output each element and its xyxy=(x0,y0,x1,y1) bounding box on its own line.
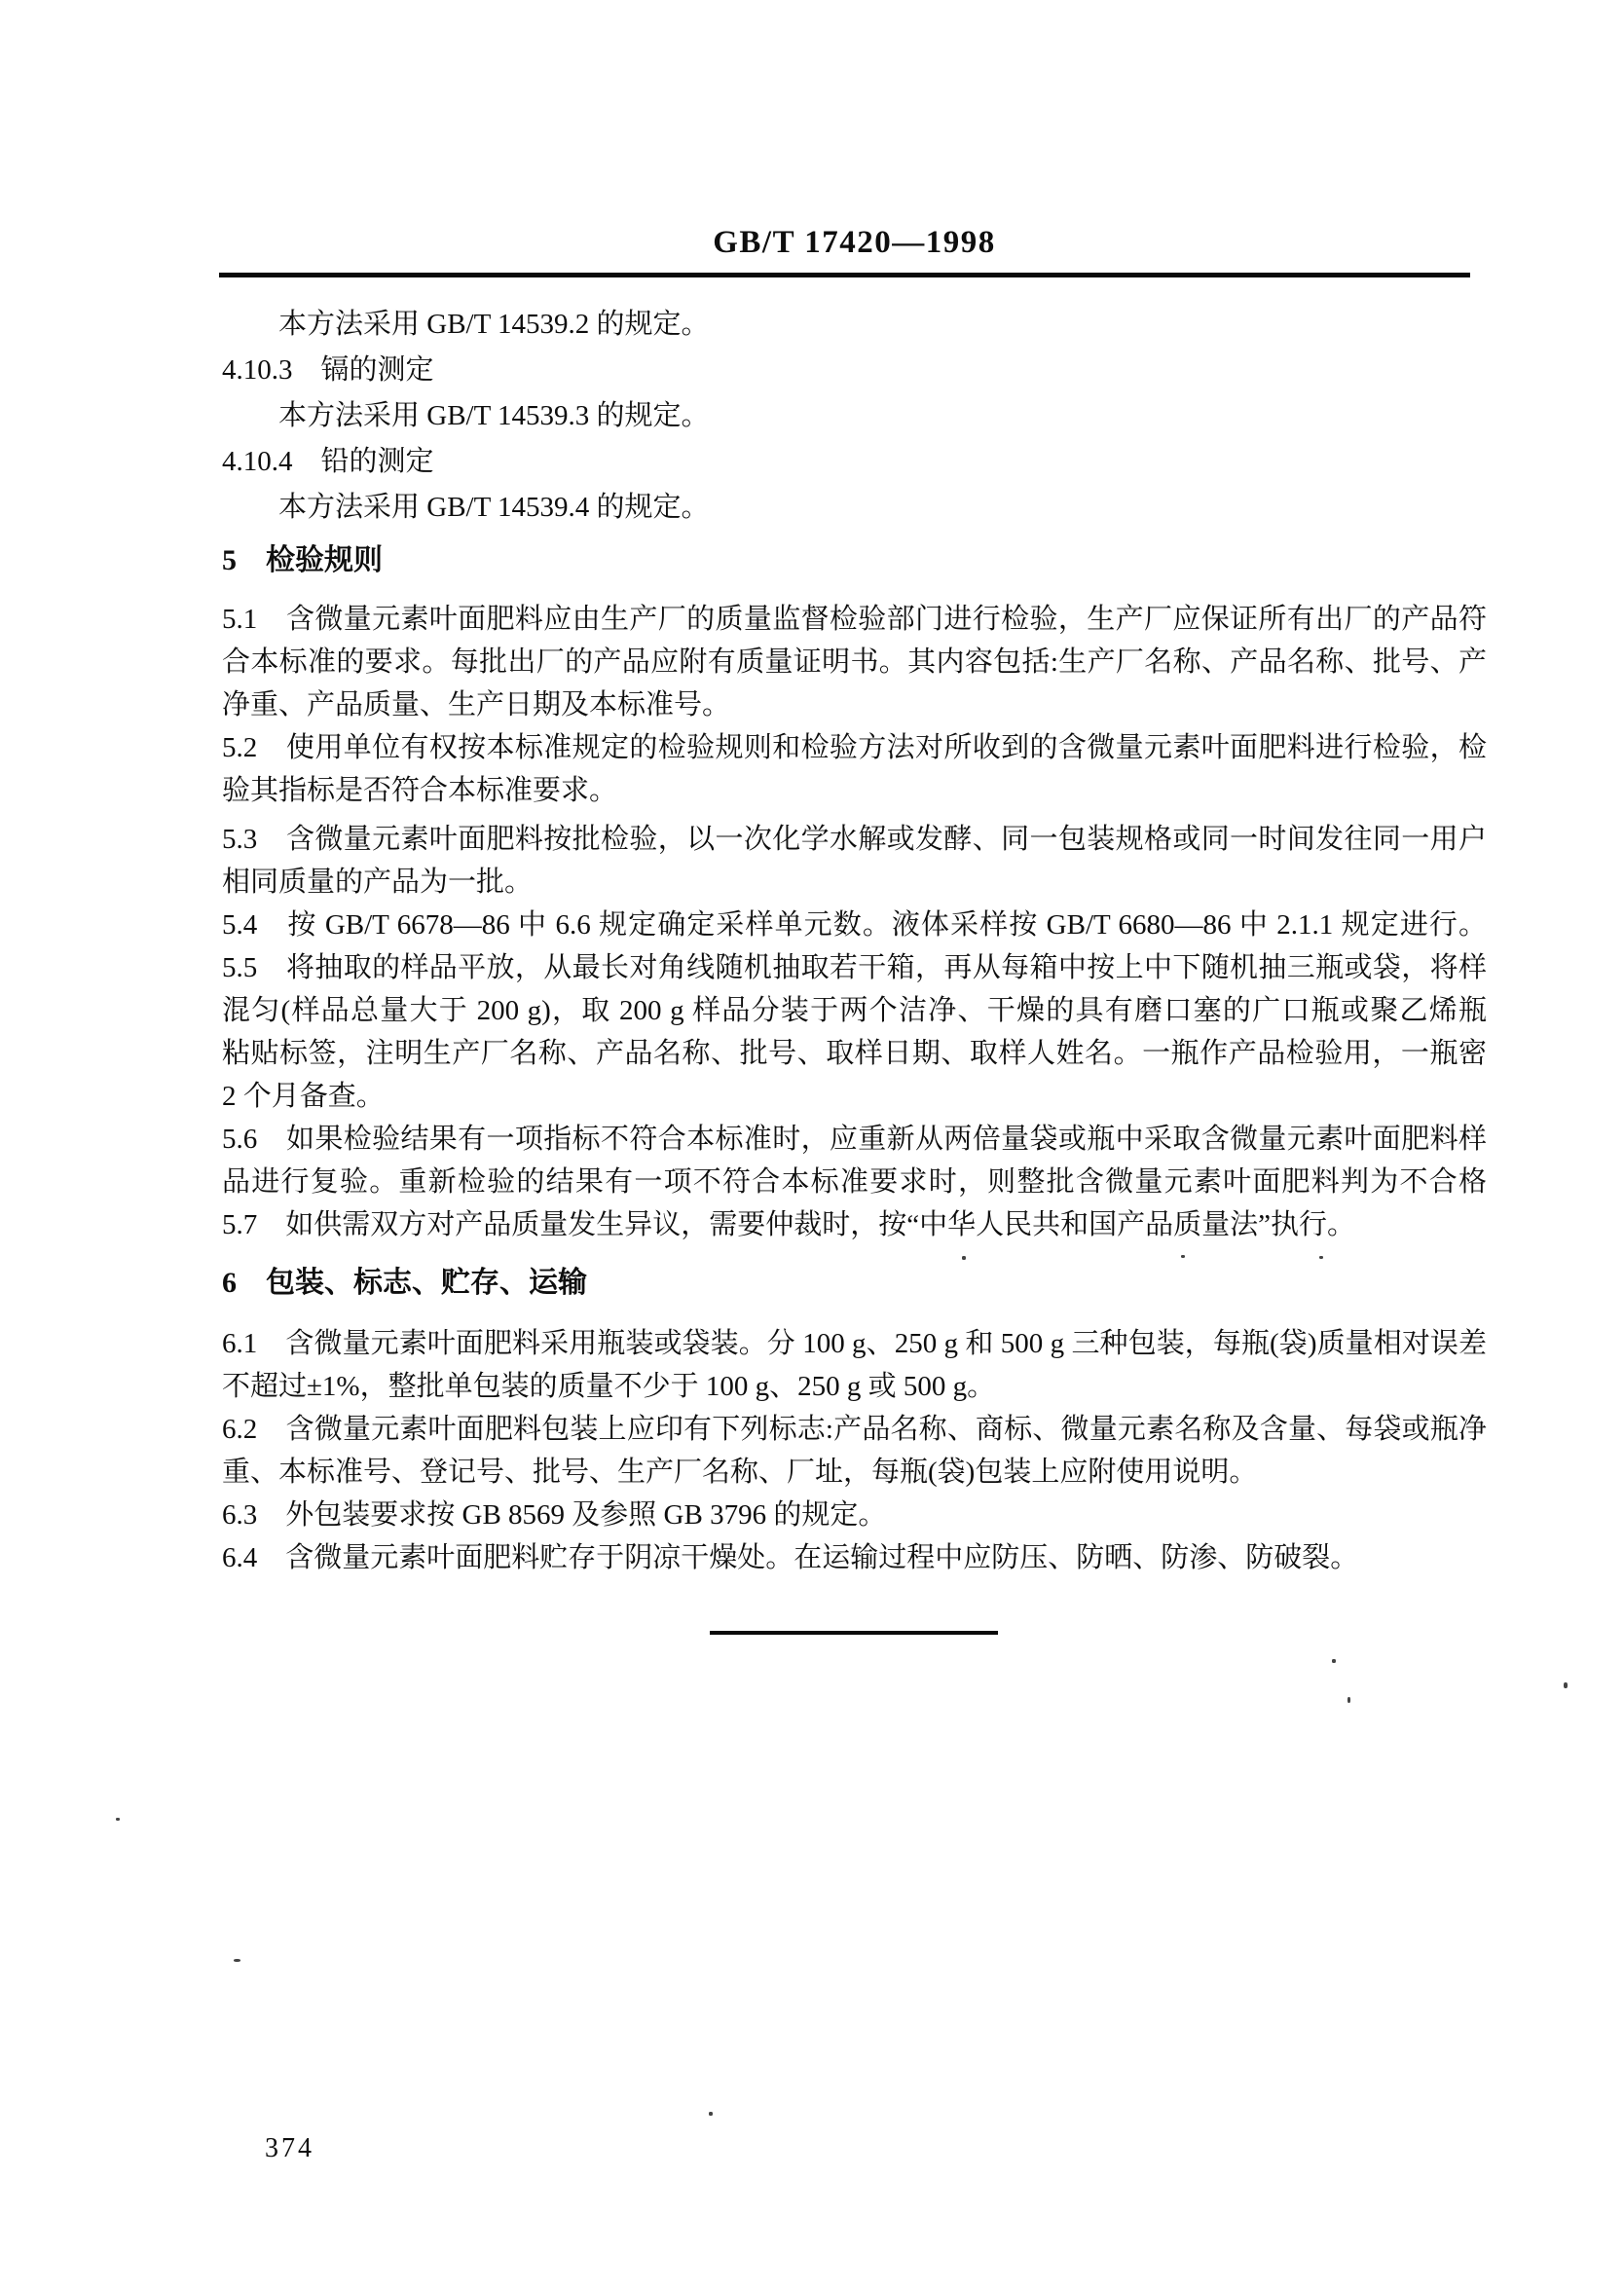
page-number: 374 xyxy=(265,2134,314,2163)
clause-5-5-line-1: 5.5 将抽取的样品平放，从最长对角线随机抽取若干箱，再从每箱中按上中下随机抽三… xyxy=(222,946,1487,989)
scan-speck xyxy=(234,1959,240,1962)
scan-speck xyxy=(1332,1659,1336,1663)
scan-speck xyxy=(962,1256,966,1260)
clause-6-2-line-2: 重、本标准号、登记号、批号、生产厂名称、厂址，每瓶(袋)包装上应附使用说明。 xyxy=(222,1451,1487,1494)
scan-speck xyxy=(1564,1682,1568,1688)
clause-5-3-line-2: 相同质量的产品为一批。 xyxy=(222,861,1487,904)
paragraph-method-14539-4: 本方法采用 GB/T 14539.4 的规定。 xyxy=(222,485,1487,531)
clause-5-1-line-1: 5.1 含微量元素叶面肥料应由生产厂的质量监督检验部门进行检验，生产厂应保证所有… xyxy=(222,598,1487,641)
paragraph-method-14539-2: 本方法采用 GB/T 14539.2 的规定。 xyxy=(222,302,1487,348)
document-body: 本方法采用 GB/T 14539.2 的规定。 4.10.3 镉的测定 本方法采… xyxy=(222,302,1487,1579)
scan-speck xyxy=(116,1818,120,1821)
clause-5-2-line-1: 5.2 使用单位有权按本标准规定的检验规则和检验方法对所收到的含微量元素叶面肥料… xyxy=(222,726,1487,769)
clause-5-6-line-2: 品进行复验。重新检验的结果有一项不符合本标准要求时，则整批含微量元素叶面肥料判为… xyxy=(222,1161,1487,1203)
clause-5-5-line-3: 粘贴标签，注明生产厂名称、产品名称、批号、取样日期、取样人姓名。一瓶作产品检验用… xyxy=(222,1032,1487,1075)
section-6-heading: 6 包装、标志、贮存、运输 xyxy=(222,1262,1487,1305)
clause-5-1-line-2: 合本标准的要求。每批出厂的产品应附有质量证明书。其内容包括:生产厂名称、产品名称… xyxy=(222,641,1487,683)
paragraph-method-14539-3: 本方法采用 GB/T 14539.3 的规定。 xyxy=(222,393,1487,439)
clause-5-5-line-2: 混匀(样品总量大于 200 g)，取 200 g 样品分装于两个洁净、干燥的具有… xyxy=(222,989,1487,1032)
scan-speck xyxy=(1319,1256,1323,1259)
page-header-standard-code: GB/T 17420—1998 xyxy=(222,224,1487,261)
clause-6-1-line-2: 不超过±1%，整批单包装的质量不少于 100 g、250 g 或 500 g。 xyxy=(222,1365,1487,1408)
clause-4-10-4-heading: 4.10.4 铅的测定 xyxy=(222,439,1487,485)
clause-6-2-line-1: 6.2 含微量元素叶面肥料包装上应印有下列标志:产品名称、商标、微量元素名称及含… xyxy=(222,1408,1487,1451)
clause-5-1-line-3: 净重、产品质量、生产日期及本标准号。 xyxy=(222,683,1487,726)
clause-5-3-line-1: 5.3 含微量元素叶面肥料按批检验，以一次化学水解或发酵、同一包装规格或同一时间… xyxy=(222,818,1487,861)
scan-speck xyxy=(709,2112,713,2116)
clause-5-2-line-2: 验其指标是否符合本标准要求。 xyxy=(222,769,1487,812)
clause-5-5-line-4: 2 个月备查。 xyxy=(222,1075,1487,1118)
scanned-standard-page: GB/T 17420—1998 本方法采用 GB/T 14539.2 的规定。 … xyxy=(0,0,1624,2289)
scan-speck xyxy=(1347,1697,1350,1703)
clause-5-6-line-1: 5.6 如果检验结果有一项指标不符合本标准时，应重新从两倍量袋或瓶中采取含微量元… xyxy=(222,1118,1487,1161)
clause-5-7: 5.7 如供需双方对产品质量发生异议，需要仲裁时，按“中华人民共和国产品质量法”… xyxy=(222,1203,1487,1246)
clause-5-4: 5.4 按 GB/T 6678—86 中 6.6 规定确定采样单元数。液体采样按… xyxy=(222,904,1487,946)
clause-6-3: 6.3 外包装要求按 GB 8569 及参照 GB 3796 的规定。 xyxy=(222,1494,1487,1536)
clause-4-10-3-heading: 4.10.3 镉的测定 xyxy=(222,348,1487,393)
clause-6-4: 6.4 含微量元素叶面肥料贮存于阴凉干燥处。在运输过程中应防压、防晒、防渗、防破… xyxy=(222,1536,1487,1579)
clause-6-1-line-1: 6.1 含微量元素叶面肥料采用瓶装或袋装。分 100 g、250 g 和 500… xyxy=(222,1322,1487,1365)
header-rule xyxy=(219,273,1470,277)
end-of-document-rule xyxy=(710,1631,998,1635)
section-5-heading: 5 检验规则 xyxy=(222,539,1487,582)
scan-speck xyxy=(1181,1255,1185,1258)
